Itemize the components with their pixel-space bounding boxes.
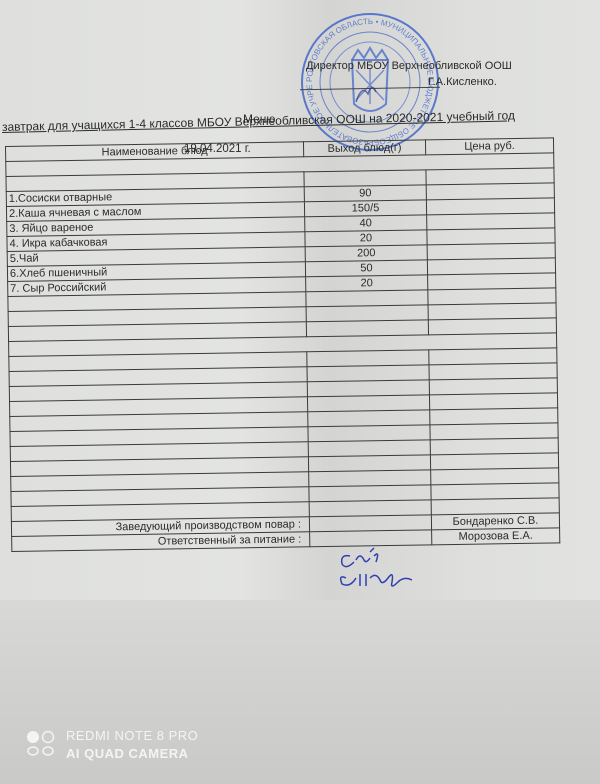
signature-name: Морозова Е.А. xyxy=(432,528,560,545)
handwritten-signatures xyxy=(336,546,426,592)
camera-brand-icon xyxy=(26,729,56,759)
signature-cell xyxy=(310,530,432,547)
director-title: Директор МБОУ Верхнеобливской ООШ xyxy=(306,60,512,72)
watermark-model: REDMI NOTE 8 PRO xyxy=(66,728,198,743)
watermark-camera: AI QUAD CAMERA xyxy=(66,746,189,761)
menu-table: Наименование блюд Выход блюд(г) Цена руб… xyxy=(5,137,559,552)
school-stamp-icon: РОСТОВСКАЯ ОБЛАСТЬ • МУНИЦИПАЛЬНОЕ БЮДЖЕ… xyxy=(300,12,440,152)
